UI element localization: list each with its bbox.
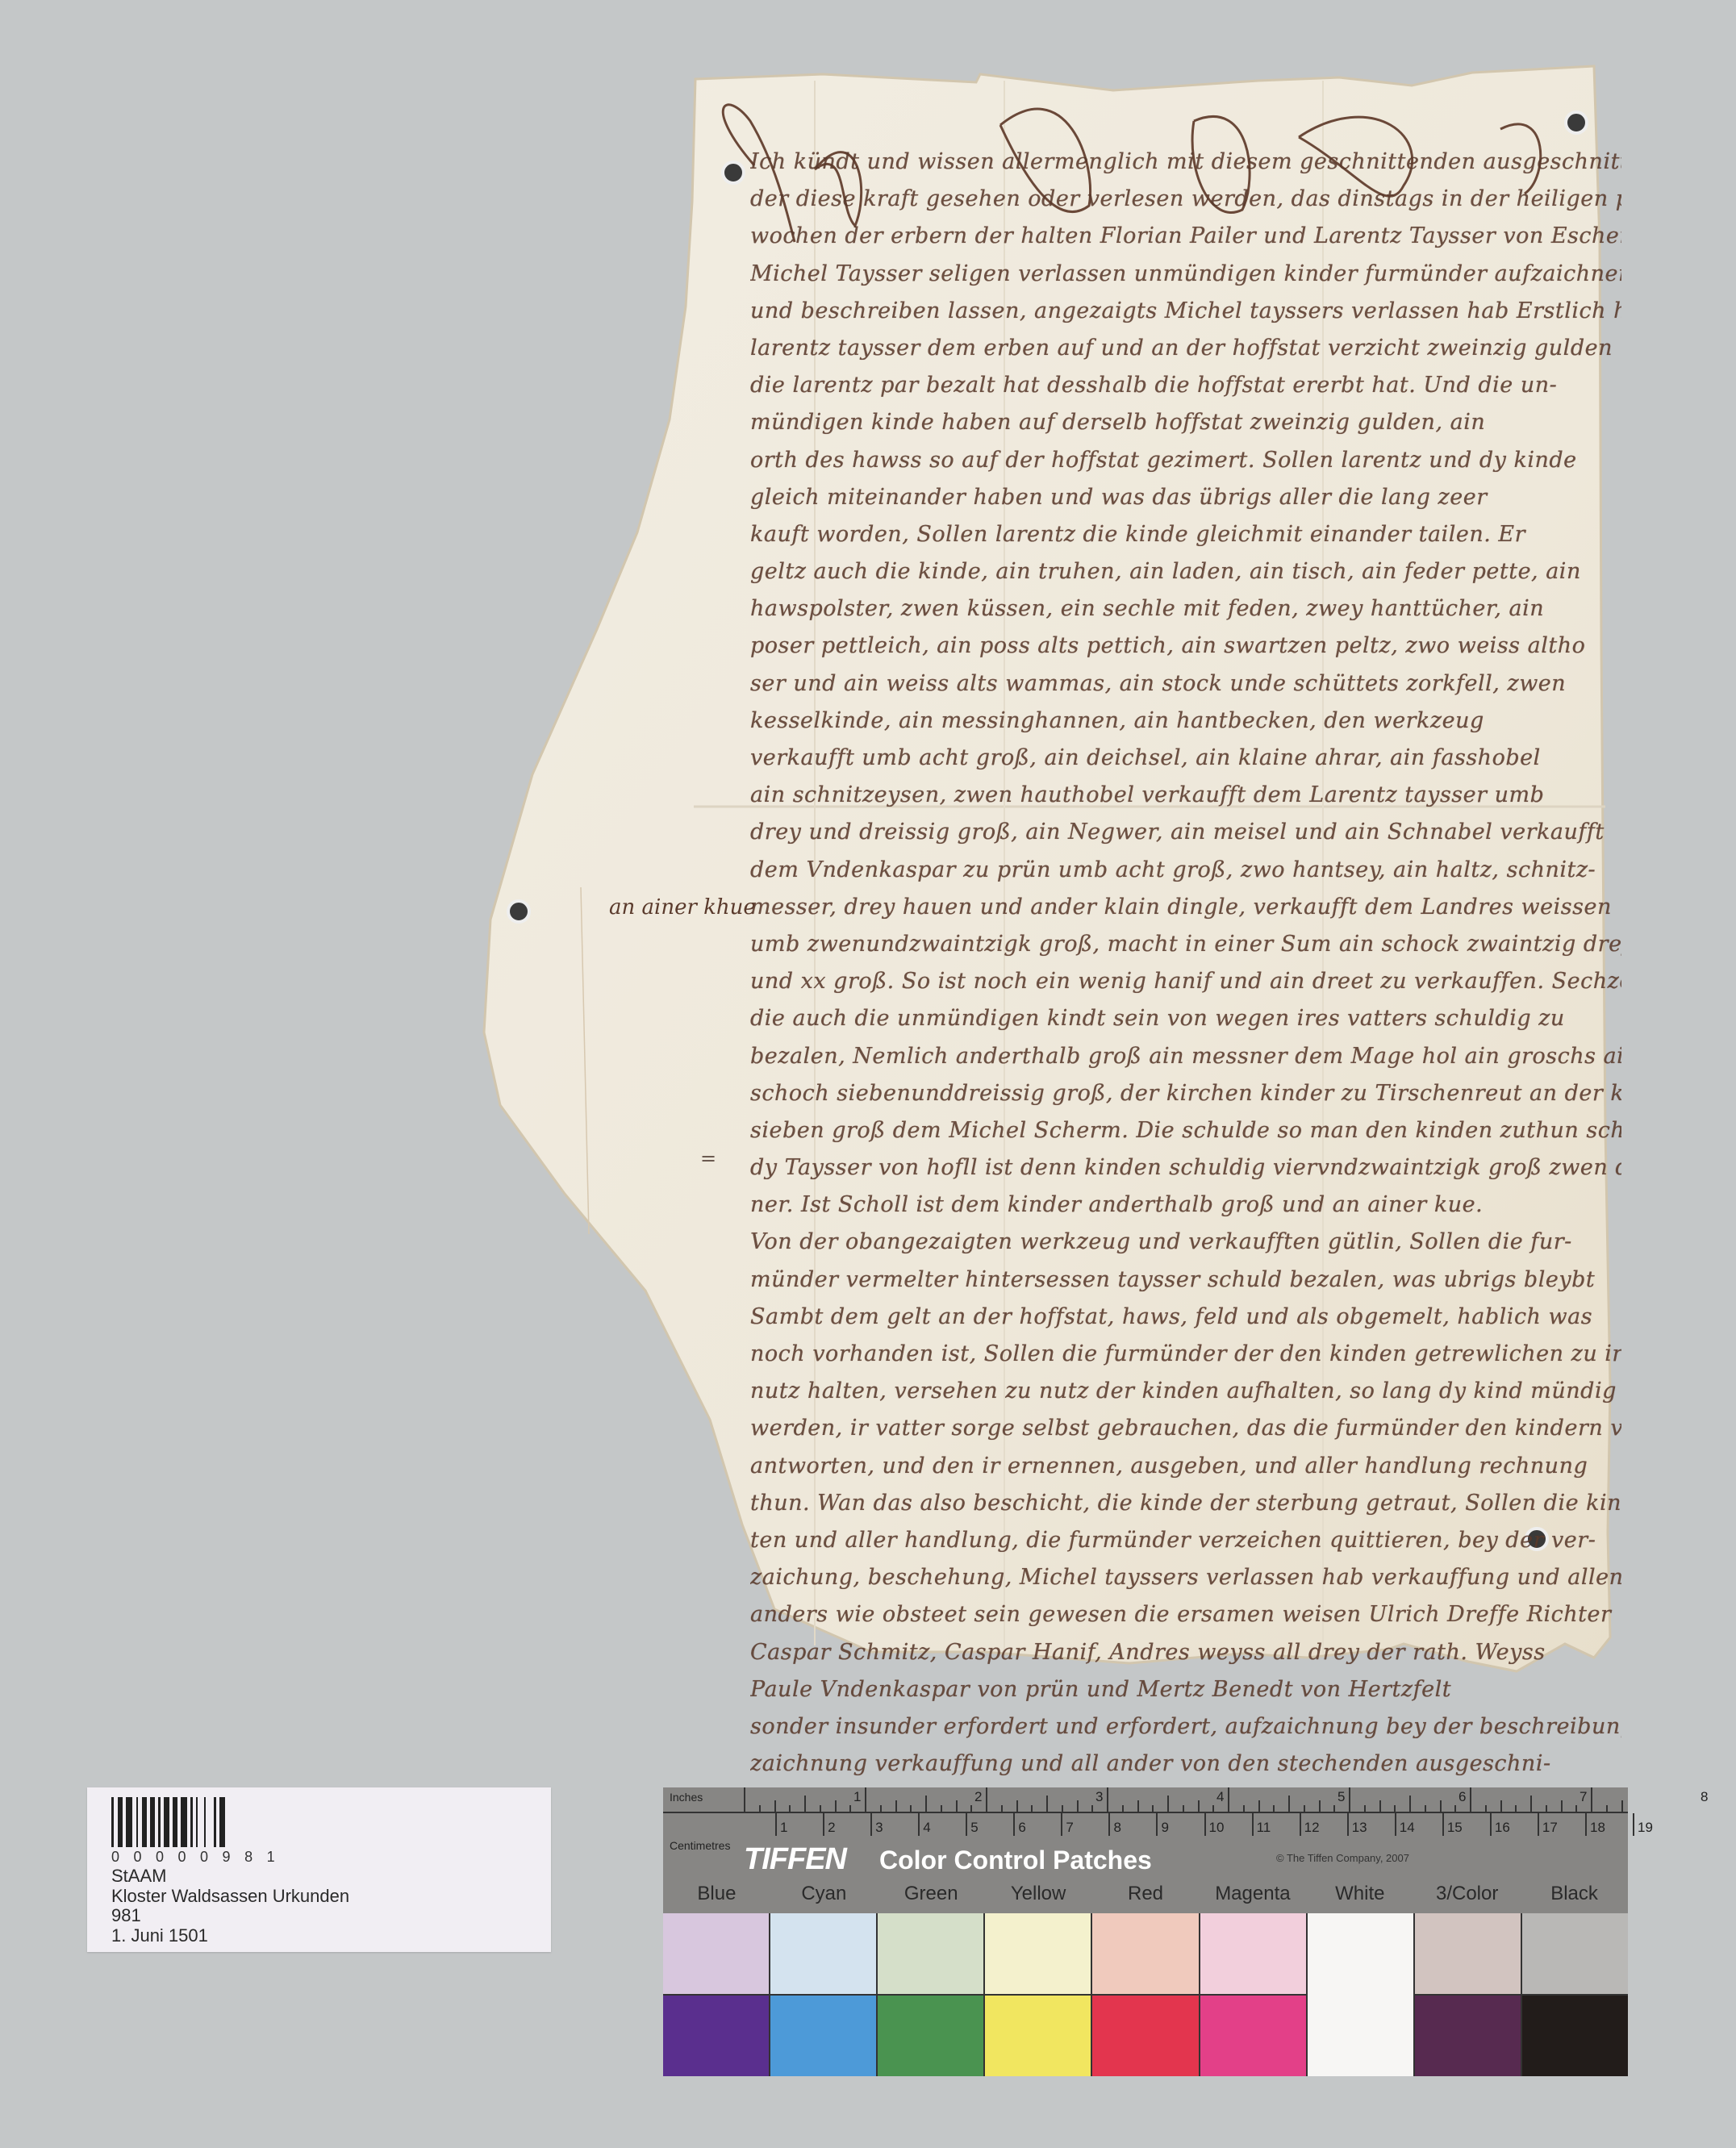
ruler-tick: [1349, 1787, 1350, 1812]
manuscript-line: Michel Taysser seligen verlassen unmündi…: [750, 256, 1621, 293]
patch-dark: [770, 1996, 876, 2076]
manuscript-line: larentz taysser dem erben auf und an der…: [750, 330, 1621, 367]
ruler-tick: [1621, 1800, 1623, 1812]
ruler-tick: [1561, 1800, 1563, 1812]
ruler-tick: [1001, 1805, 1003, 1812]
ruler-tick: [1304, 1805, 1305, 1812]
manuscript-line: schoch siebenunddreissig groß, der kirch…: [750, 1075, 1621, 1112]
ruler-tick: [835, 1800, 837, 1812]
manuscript-line: kauft worden, Sollen larentz die kinde g…: [750, 516, 1621, 553]
patch-label: 3/Color: [1413, 1883, 1521, 1910]
ruler-tick: [1395, 1813, 1396, 1836]
patch-red: [1092, 1913, 1200, 2076]
manuscript-line: kesselkinde, ain messinghannen, ain hant…: [750, 703, 1621, 740]
ruler-tick: [1228, 1787, 1229, 1812]
cm-tick-label: 1: [780, 1820, 787, 1836]
patch-label: Yellow: [985, 1883, 1092, 1910]
ruler-tick: [789, 1805, 791, 1812]
ruler-tick: [1108, 1813, 1110, 1836]
ruler-tick: [804, 1796, 806, 1812]
ruler-tick: [1530, 1796, 1532, 1812]
ruler-tick: [1212, 1805, 1214, 1812]
ruler-tick: [1252, 1813, 1254, 1836]
patch-blue: [663, 1913, 770, 2076]
patch-label: Cyan: [770, 1883, 878, 1910]
chart-copyright: © The Tiffen Company, 2007: [1276, 1852, 1409, 1864]
ruler-tick: [1442, 1813, 1444, 1836]
ruler-tick: [1156, 1813, 1158, 1836]
cm-tick-label: 10: [1209, 1820, 1225, 1836]
ruler-tick: [1409, 1796, 1411, 1812]
inch-tick-label: 8: [1701, 1789, 1708, 1805]
cm-tick-label: 16: [1495, 1820, 1510, 1836]
ruler-tick: [774, 1800, 776, 1812]
patch-magenta: [1200, 1913, 1308, 2076]
patch-light: [1415, 1913, 1521, 1996]
ruler-tick: [1122, 1805, 1124, 1812]
ruler-tick: [849, 1805, 851, 1812]
manuscript-line: der diese kraft gesehen oder verlesen we…: [750, 181, 1621, 218]
cm-tick-label: 14: [1400, 1820, 1415, 1836]
patch-light: [663, 1913, 769, 1996]
ruler-tick: [1288, 1796, 1290, 1812]
cm-tick-label: 2: [828, 1820, 835, 1836]
ruler-tick: [1515, 1805, 1517, 1812]
patch-name-row: BlueCyanGreenYellowRedMagentaWhite3/Colo…: [663, 1883, 1628, 1910]
barcode-digits: 00000981: [111, 1849, 289, 1866]
ruler-tick: [966, 1813, 967, 1836]
cm-tick-label: 9: [1161, 1820, 1168, 1836]
patch-label: Red: [1092, 1883, 1200, 1910]
label-collection: Kloster Waldsassen Urkunden: [111, 1887, 349, 1907]
ruler-tick: [1606, 1805, 1608, 1812]
manuscript-line: geltz auch die kinde, ain truhen, ain la…: [750, 553, 1621, 590]
ruler-tick: [1061, 1813, 1062, 1836]
inch-tick-label: 5: [1337, 1789, 1345, 1805]
ruler-tick: [1347, 1813, 1349, 1836]
ruler-tick: [1379, 1800, 1381, 1812]
ruler-tick: [895, 1800, 897, 1812]
patch-label: Blue: [663, 1883, 770, 1910]
manuscript-line: umb zwenundzwaintzigk groß, macht in ein…: [750, 926, 1621, 963]
ruler-tick: [1575, 1805, 1577, 1812]
manuscript-line: messer, drey hauen und ander klain dingl…: [750, 889, 1621, 926]
patch-3-color: [1415, 1913, 1522, 2076]
cm-tick-label: 19: [1638, 1820, 1653, 1836]
patch-black: [1522, 1913, 1628, 2076]
cm-tick-label: 8: [1113, 1820, 1120, 1836]
ruler-tick: [1546, 1805, 1547, 1812]
manuscript-line: und beschreiben lassen, angezaigts Miche…: [750, 293, 1621, 330]
patch-light: [770, 1913, 876, 1996]
manuscript-line: Von der obangezaigten werkzeug und verka…: [750, 1224, 1621, 1261]
manuscript-line: ner. Ist Scholl ist dem kinder anderthal…: [750, 1187, 1621, 1224]
patch-dark: [878, 1996, 983, 2076]
ruler-tick: [1062, 1805, 1063, 1812]
ruler-tick: [1046, 1796, 1048, 1812]
ruler-tick: [759, 1805, 761, 1812]
manuscript-line: nutz halten, versehen zu nutz der kinden…: [750, 1373, 1621, 1410]
ruler-tick: [1490, 1813, 1492, 1836]
manuscript-line: ain schnitzeysen, zwen hauthobel verkauf…: [750, 777, 1621, 814]
ruler-tick: [1500, 1800, 1502, 1812]
ruler-tick: [1300, 1813, 1301, 1836]
manuscript-line: thun. Wan das also beschicht, die kinde …: [750, 1485, 1621, 1522]
manuscript-line: ten und aller handlung, die furmünder ve…: [750, 1522, 1621, 1559]
patch-dark: [1308, 1995, 1413, 2076]
ruler-tick: [970, 1805, 972, 1812]
ruler-tick: [1167, 1796, 1169, 1812]
manuscript-line: verkaufft umb acht groß, ain deichsel, a…: [750, 740, 1621, 777]
ruler-tick: [1183, 1805, 1184, 1812]
inches-label: Inches: [670, 1791, 703, 1804]
ruler-tick: [1273, 1805, 1275, 1812]
manuscript-line: Paule Vndenkaspar von prün und Mertz Ben…: [750, 1671, 1621, 1708]
inch-tick-label: 3: [1095, 1789, 1103, 1805]
ruler-tick: [986, 1787, 987, 1812]
patch-dark: [1200, 1996, 1306, 2076]
patch-green: [878, 1913, 985, 2076]
centimetres-label: Centimetres: [670, 1839, 730, 1852]
margin-note: an ainer khue: [609, 895, 756, 920]
manuscript-line: sonder insunder erfordert und erfordert,…: [750, 1708, 1621, 1746]
ruler-tick: [1031, 1805, 1033, 1812]
manuscript-line: und xx groß. So ist noch ein wenig hanif…: [750, 963, 1621, 1000]
cm-tick-label: 12: [1304, 1820, 1320, 1836]
ruler-tick: [1333, 1805, 1335, 1812]
manuscript-line: Caspar Schmitz, Caspar Hanif, Andres wey…: [750, 1634, 1621, 1671]
cm-tick-label: 15: [1447, 1820, 1463, 1836]
ruler-tick: [910, 1805, 912, 1812]
archive-label: 00000981 StAAM Kloster Waldsassen Urkund…: [87, 1787, 551, 1952]
manuscript-line: anders wie obsteet sein gewesen die ersa…: [750, 1596, 1621, 1633]
ruler-tick: [1107, 1787, 1108, 1812]
cm-ruler: 12345678910111213141516171819: [663, 1813, 1628, 1837]
patch-label: White: [1306, 1883, 1413, 1910]
patch-label: Green: [878, 1883, 985, 1910]
barcode: [111, 1797, 228, 1847]
ruler-tick: [865, 1787, 866, 1812]
ruler-tick: [1013, 1813, 1015, 1836]
ruler-tick: [775, 1813, 777, 1836]
cm-tick-label: 4: [923, 1820, 930, 1836]
manuscript-line: mündigen kinde haben auf derselb hoffsta…: [750, 404, 1621, 441]
ruler-tick: [1198, 1800, 1200, 1812]
manuscript-line: drey und dreissig groß, ain Negwer, ain …: [750, 814, 1621, 851]
manuscript-line: orth des hawss so auf der hoffstat gezim…: [750, 442, 1621, 479]
manuscript-line: dem Vndenkaspar zu prün umb acht groß, z…: [750, 852, 1621, 889]
inch-tick-label: 4: [1216, 1789, 1224, 1805]
color-patches: [663, 1913, 1628, 2076]
inch-tick-label: 2: [974, 1789, 982, 1805]
cm-tick-label: 7: [1066, 1820, 1073, 1836]
manuscript-line: bezalen, Nemlich anderthalb groß ain mes…: [750, 1038, 1621, 1075]
cm-tick-label: 11: [1257, 1820, 1271, 1836]
ruler-tick: [1077, 1800, 1079, 1812]
patch-white: [1308, 1913, 1415, 2076]
ruler-tick: [956, 1800, 958, 1812]
manuscript-line: hawspolster, zwen küssen, ein sechle mit…: [750, 590, 1621, 628]
manuscript-line: noch vorhanden ist, Sollen die furmünder…: [750, 1336, 1621, 1373]
ruler-tick: [1016, 1800, 1018, 1812]
ruler-tick: [1204, 1813, 1206, 1836]
patch-dark: [1415, 1996, 1521, 2076]
inch-tick-label: 6: [1458, 1789, 1466, 1805]
tiffen-logo: TIFFEN: [744, 1842, 846, 1877]
ruler-tick: [925, 1796, 927, 1812]
patch-dark: [1092, 1996, 1198, 2076]
inch-tick-label: 1: [853, 1789, 861, 1805]
manuscript-line: poser pettleich, ain poss alts pettich, …: [750, 628, 1621, 665]
patch-cyan: [770, 1913, 878, 2076]
cm-tick-label: 5: [970, 1820, 978, 1836]
label-institution: StAAM: [111, 1866, 349, 1887]
manuscript-line: wochen der erbern der halten Florian Pai…: [750, 218, 1621, 255]
ruler-tick: [1258, 1800, 1260, 1812]
patch-label: Black: [1521, 1883, 1628, 1910]
cm-tick-label: 3: [875, 1820, 883, 1836]
patch-dark: [985, 1996, 1091, 2076]
ruler-tick: [744, 1787, 745, 1812]
manuscript-line: zaichnung verkauffung und all ander von …: [750, 1746, 1621, 1783]
manuscript-text: Ich kündt und wissen allermenglich mit d…: [750, 144, 1621, 1932]
ruler-tick: [870, 1813, 872, 1836]
cm-tick-label: 18: [1590, 1820, 1605, 1836]
ruler-tick: [1454, 1805, 1456, 1812]
ruler-tick: [1152, 1805, 1154, 1812]
manuscript-line: die larentz par bezalt hat desshalb die …: [750, 367, 1621, 404]
patch-light: [878, 1913, 983, 1996]
inch-ruler: Inches 12345678: [663, 1787, 1628, 1813]
ruler-tick: [1585, 1813, 1587, 1836]
manuscript-line: antworten, und den ir ernennen, ausgeben…: [750, 1448, 1621, 1485]
chart-title: Color Control Patches: [879, 1846, 1152, 1875]
ruler-tick: [1470, 1787, 1471, 1812]
color-chart: Inches 12345678 123456789101112131415161…: [663, 1787, 1628, 1913]
ruler-tick: [823, 1813, 824, 1836]
inch-tick-label: 7: [1580, 1789, 1587, 1805]
ruler-tick: [1137, 1800, 1139, 1812]
ruler-tick: [880, 1805, 882, 1812]
ruler-tick: [1364, 1805, 1366, 1812]
patch-yellow: [985, 1913, 1092, 2076]
manuscript-line: ser und ain weiss alts wammas, ain stock…: [750, 665, 1621, 703]
manuscript-line: zaichung, beschehung, Michel tayssers ve…: [750, 1559, 1621, 1596]
patch-dark: [663, 1996, 769, 2076]
patch-light: [1092, 1913, 1198, 1996]
manuscript-line: die auch die unmündigen kindt sein von w…: [750, 1000, 1621, 1037]
ruler-tick: [1394, 1805, 1396, 1812]
ruler-tick: [1425, 1805, 1426, 1812]
patch-light: [1308, 1913, 1413, 1995]
manuscript-line: Sambt dem gelt an der hoffstat, haws, fe…: [750, 1299, 1621, 1336]
label-number: 981: [111, 1906, 349, 1926]
margin-mark: =: [700, 1147, 716, 1170]
patch-light: [1200, 1913, 1306, 1996]
patch-dark: [1522, 1996, 1628, 2076]
patch-label: Magenta: [1199, 1883, 1306, 1910]
ruler-tick: [1319, 1800, 1321, 1812]
manuscript-line: gleich miteinander haben und was das übr…: [750, 479, 1621, 516]
cm-tick-label: 13: [1352, 1820, 1367, 1836]
ruler-tick: [1591, 1787, 1592, 1812]
cm-tick-label: 17: [1542, 1820, 1558, 1836]
manuscript-line: werden, ir vatter sorge selbst gebrauche…: [750, 1410, 1621, 1447]
ruler-tick: [1485, 1805, 1487, 1812]
ruler-tick: [918, 1813, 920, 1836]
ruler-tick: [1633, 1813, 1634, 1836]
ruler-tick: [1091, 1805, 1093, 1812]
patch-light: [985, 1913, 1091, 1996]
label-date: 1. Juni 1501: [111, 1926, 349, 1946]
manuscript-line: sieben groß dem Michel Scherm. Die schul…: [750, 1112, 1621, 1149]
cm-tick-label: 6: [1018, 1820, 1025, 1836]
ruler-tick: [1538, 1813, 1539, 1836]
ruler-tick: [1243, 1805, 1245, 1812]
ruler-tick: [1440, 1800, 1442, 1812]
manuscript-line: dy Taysser von hofll ist denn kinden sch…: [750, 1149, 1621, 1187]
manuscript-line: Ich kündt und wissen allermenglich mit d…: [750, 144, 1621, 181]
patch-light: [1522, 1913, 1628, 1996]
manuscript-line: münder vermelter hintersessen taysser sc…: [750, 1262, 1621, 1299]
ruler-tick: [820, 1805, 821, 1812]
ruler-tick: [941, 1805, 942, 1812]
